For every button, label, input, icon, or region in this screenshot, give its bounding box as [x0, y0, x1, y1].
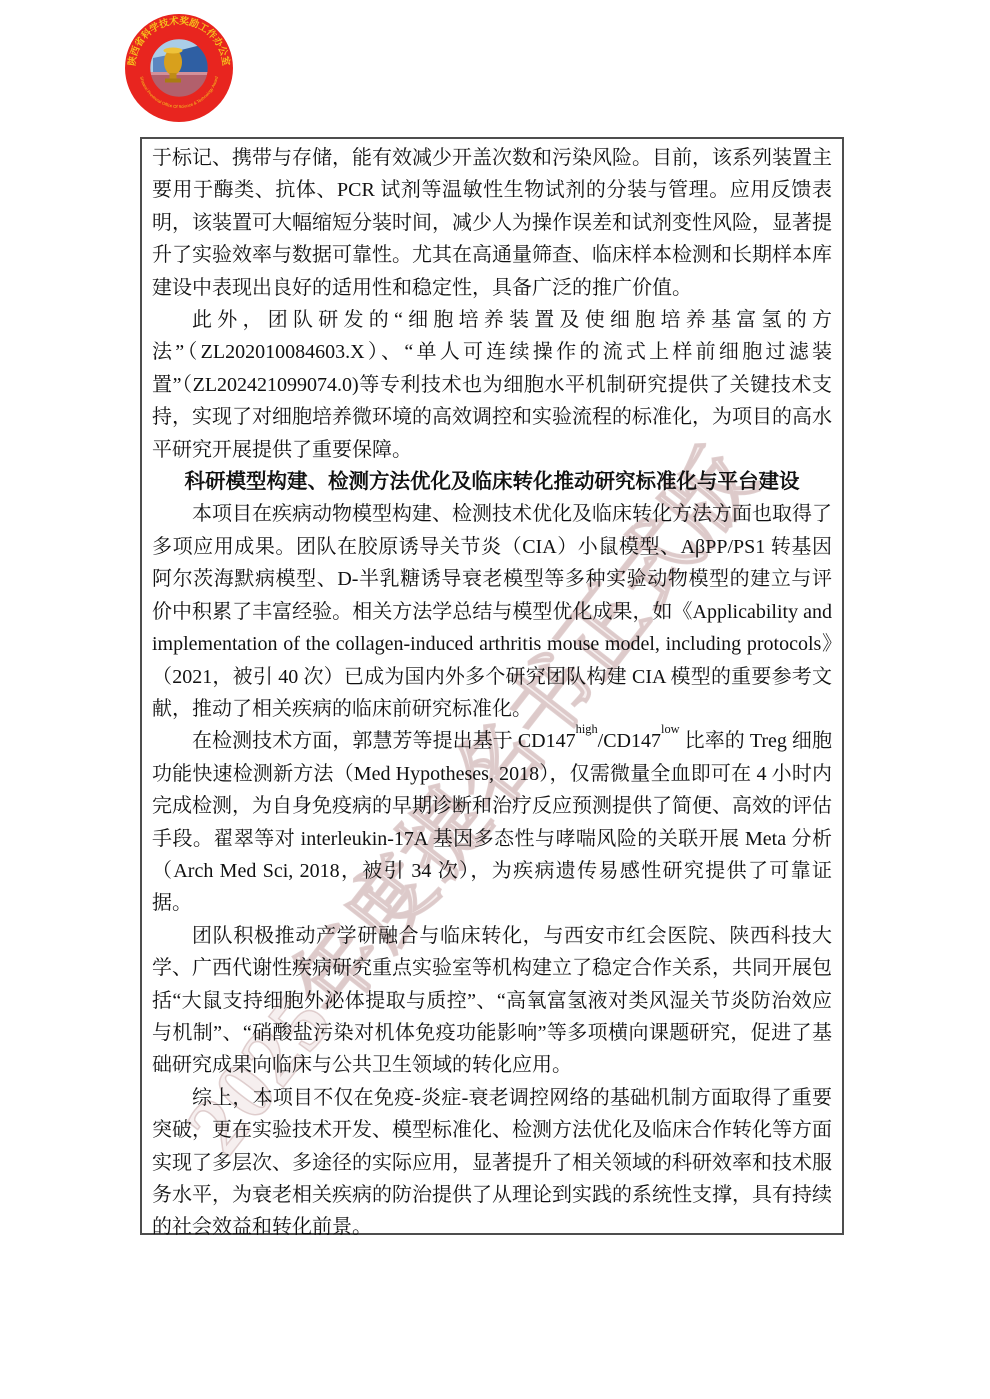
superscript-text: high [576, 722, 598, 736]
text-run: 此外，团队研发的“细胞培养装置及使细胞培养基富氢的方法”（ZL202010084… [152, 309, 832, 461]
superscript-text: low [661, 722, 680, 736]
organization-seal: 陕西省科学技术奖励工作办公室 Shaanxi Provincial Office… [123, 12, 235, 124]
section-heading: 科研模型构建、检测方法优化及临床转化推动研究标准化与平台建设 [152, 466, 832, 498]
text-run: 在检测技术方面，郭慧芳等提出基于 CD147 [192, 730, 576, 752]
text-run: 本项目在疾病动物模型构建、检测技术优化及临床转化方法方面也取得了多项应用成果。团… [152, 503, 832, 719]
paragraph: 在检测技术方面，郭慧芳等提出基于 CD147high/CD147low 比率的 … [152, 725, 832, 919]
text-run: 比率的 Treg 细胞功能快速检测新方法（Med Hypotheses, 201… [152, 730, 832, 914]
text-run: 团队积极推动产学研融合与临床转化，与西安市红会医院、陕西科技大学、广西代谢性疾病… [152, 925, 832, 1077]
text-run: 于标记、携带与存储，能有效减少开盖次数和污染风险。目前，该系列装置主要用于酶类、… [152, 147, 832, 299]
paragraph: 综上，本项目不仅在免疫-炎症-衰老调控网络的基础机制方面取得了重要突破，更在实验… [152, 1082, 832, 1244]
text-run: 综上，本项目不仅在免疫-炎症-衰老调控网络的基础机制方面取得了重要突破，更在实验… [152, 1087, 832, 1239]
paragraph: 本项目在疾病动物模型构建、检测技术优化及临床转化方法方面也取得了多项应用成果。团… [152, 498, 832, 725]
document-body: 于标记、携带与存储，能有效减少开盖次数和污染风险。目前，该系列装置主要用于酶类、… [152, 142, 832, 1244]
document-content-box: 于标记、携带与存储，能有效减少开盖次数和污染风险。目前，该系列装置主要用于酶类、… [140, 137, 844, 1235]
paragraph: 团队积极推动产学研融合与临床转化，与西安市红会医院、陕西科技大学、广西代谢性疾病… [152, 920, 832, 1082]
paragraph: 此外，团队研发的“细胞培养装置及使细胞培养基富氢的方法”（ZL202010084… [152, 304, 832, 466]
text-run: /CD147 [598, 730, 661, 752]
text-run: 科研模型构建、检测方法优化及临床转化推动研究标准化与平台建设 [185, 470, 800, 493]
paragraph: 于标记、携带与存储，能有效减少开盖次数和污染风险。目前，该系列装置主要用于酶类、… [152, 142, 832, 304]
